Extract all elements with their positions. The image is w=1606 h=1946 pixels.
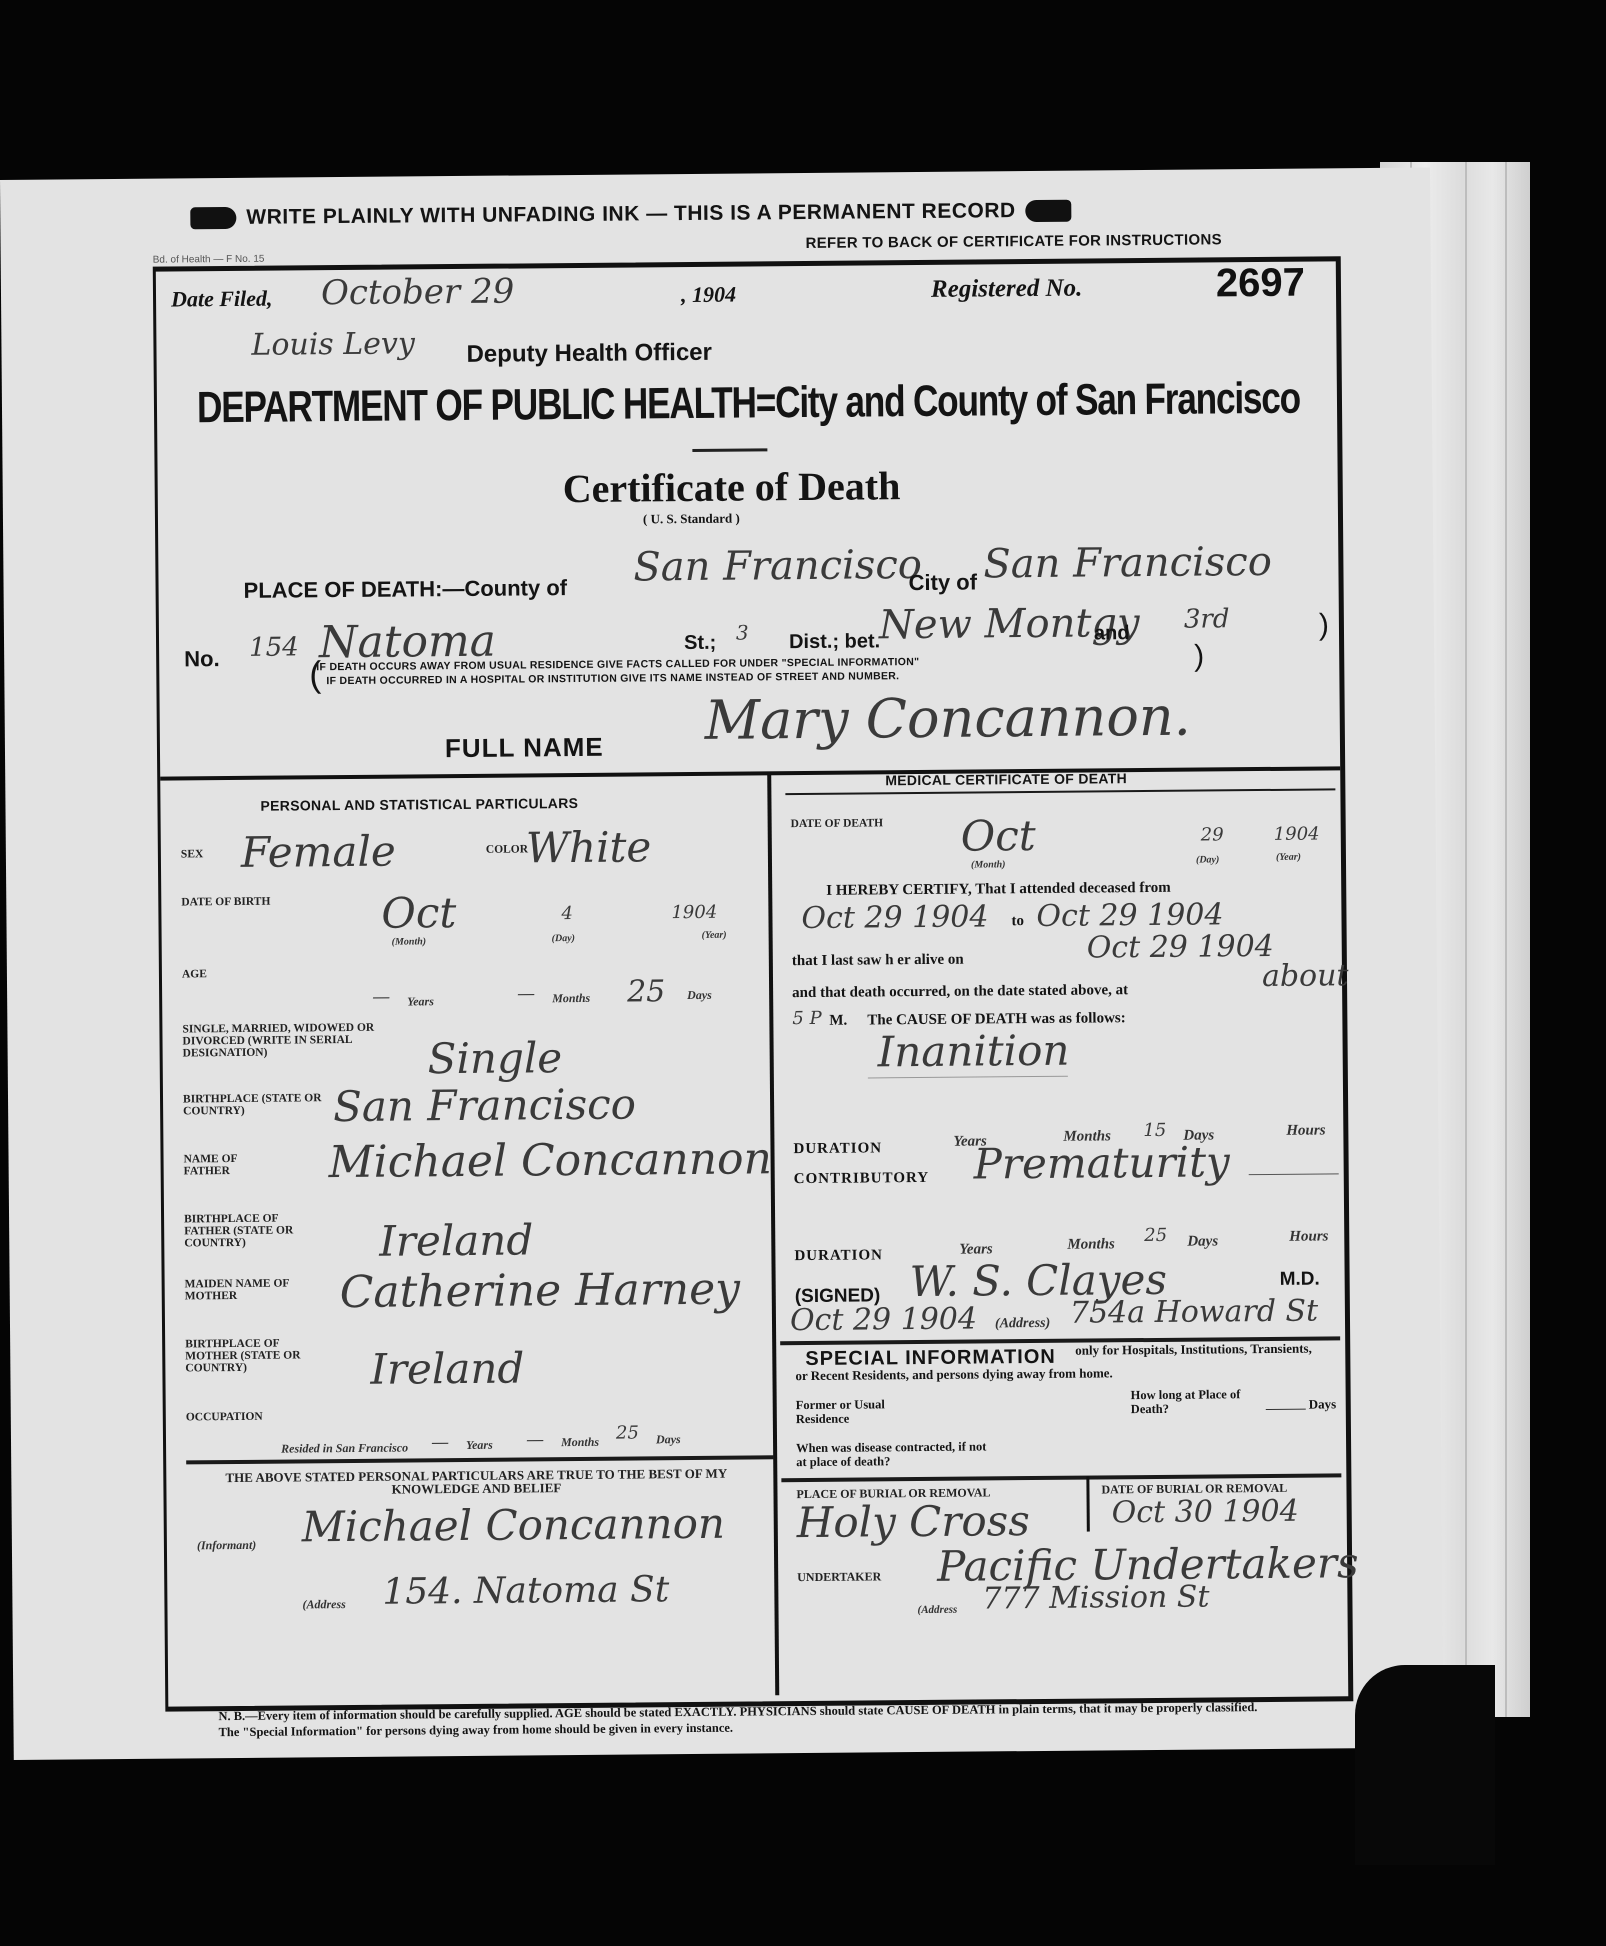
attended-to: Oct 29 1904 xyxy=(1036,897,1223,934)
officer-signature: Louis Levy xyxy=(251,326,415,362)
mother-birthplace-value: Ireland xyxy=(370,1343,524,1393)
full-name-value: Mary Concannon. xyxy=(704,685,1191,752)
last-saw-text: that I last saw h er alive on xyxy=(792,952,964,970)
informant-address: 154. Natoma St xyxy=(382,1569,669,1613)
hours-caption: Hours xyxy=(1289,1228,1328,1245)
full-name-label: FULL NAME xyxy=(445,732,604,764)
special-note-2: or Recent Residents, and persons dying a… xyxy=(795,1365,1112,1384)
dod-year: 1904 xyxy=(1274,824,1320,845)
attestation-text: THE ABOVE STATED PERSONAL PARTICULARS AR… xyxy=(196,1466,756,1497)
street-label: St.; xyxy=(684,632,716,655)
mother-value: Catherine Harney xyxy=(339,1264,740,1318)
year-caption: (Year) xyxy=(702,930,727,941)
registered-number: 2697 xyxy=(1216,261,1305,307)
officer-title: Deputy Health Officer xyxy=(466,339,712,369)
medical-heading: MEDICAL CERTIFICATE OF DEATH xyxy=(885,770,1127,788)
age-months: — xyxy=(517,983,535,1004)
divider xyxy=(1086,1477,1089,1532)
age-years-caption: Years xyxy=(407,994,434,1009)
color-label: COLOR xyxy=(486,843,528,855)
to-label: to xyxy=(1011,913,1024,930)
how-long-days-caption: Days xyxy=(1309,1396,1337,1412)
number-label: No. xyxy=(184,646,220,672)
birthplace-label: BIRTHPLACE (State or Country) xyxy=(183,1092,323,1117)
duration-2-days: 25 xyxy=(1144,1225,1167,1246)
special-note: only for Hospitals, Institutions, Transi… xyxy=(1075,1341,1312,1359)
resided-days: 25 xyxy=(616,1422,639,1443)
cause-of-death: Inanition xyxy=(877,1026,1069,1077)
year-caption: (Year) xyxy=(1276,852,1301,863)
contributory-label: CONTRIBUTORY xyxy=(794,1170,930,1188)
between-street-2: 3rd xyxy=(1184,604,1230,634)
resided-years: — xyxy=(431,1432,449,1453)
age-days: 25 xyxy=(627,974,665,1009)
banner-text: WRITE PLAINLY WITH UNFADING INK — THIS I… xyxy=(246,199,1015,229)
day-caption: (Day) xyxy=(1196,854,1219,865)
marital-value: Single xyxy=(427,1033,562,1083)
months-caption: Months xyxy=(1067,1236,1115,1253)
day-caption: (Day) xyxy=(552,933,575,944)
days-caption: Days xyxy=(1187,1233,1218,1250)
father-birthplace-label: BIRTHPLACE OF FATHER (State or Country) xyxy=(184,1212,314,1249)
dod-label: DATE OF DEATH xyxy=(791,817,884,830)
certify-text: I HEREBY CERTIFY, That I attended deceas… xyxy=(826,880,1171,900)
mother-label: MAIDEN NAME OF MOTHER xyxy=(185,1277,315,1302)
thumb-shadow xyxy=(1355,1665,1495,1865)
and-label: and xyxy=(1094,622,1130,645)
hours-caption: Hours xyxy=(1286,1122,1325,1139)
duration-label: DURATION xyxy=(794,1247,883,1265)
resided-months-caption: Months xyxy=(561,1435,599,1450)
father-birthplace-value: Ireland xyxy=(379,1215,533,1265)
page-edge-line xyxy=(1505,162,1507,1717)
sex-value: Female xyxy=(241,827,396,877)
year-filed: , 1904 xyxy=(681,282,736,308)
page-edge-line xyxy=(1465,162,1467,1717)
city-value: San Francisco xyxy=(983,539,1272,588)
county-value: San Francisco xyxy=(633,542,922,591)
mother-birthplace-label: BIRTHPLACE OF MOTHER (State or Country) xyxy=(185,1337,315,1374)
burial-place: Holy Cross xyxy=(797,1496,1030,1547)
month-caption: (Month) xyxy=(971,859,1006,870)
month-caption: (Month) xyxy=(392,936,427,947)
pointing-hand-icon xyxy=(1026,200,1072,222)
dob-year: 1904 xyxy=(671,902,717,923)
undertaker-address: 777 Mission St xyxy=(982,1580,1209,1617)
street-number: 154 xyxy=(249,632,299,662)
md-label: M.D. xyxy=(1280,1269,1320,1291)
dob-month: Oct xyxy=(381,888,456,938)
dod-month: Oct xyxy=(961,811,1036,861)
informant-label: (Informant) xyxy=(197,1538,256,1554)
death-certificate: WRITE PLAINLY WITH UNFADING INK — THIS I… xyxy=(0,168,1444,1760)
pointing-hand-icon xyxy=(190,207,236,229)
duration-label: DURATION xyxy=(793,1140,882,1158)
city-label: City of xyxy=(908,569,977,596)
district-label: Dist.; bet. xyxy=(789,630,880,654)
age-label: AGE xyxy=(182,968,207,980)
form-number: Bd. of Health — F No. 15 xyxy=(153,254,265,266)
resided-months: — xyxy=(526,1429,544,1450)
resided-years-caption: Years xyxy=(466,1438,493,1453)
personal-heading: PERSONAL AND STATISTICAL PARTICULARS xyxy=(260,795,578,814)
time-of-death: 5 P xyxy=(792,1008,821,1029)
contributory-value: Prematurity xyxy=(973,1137,1230,1188)
signed-date: Oct 29 1904 xyxy=(790,1302,977,1339)
age-days-caption: Days xyxy=(687,988,712,1003)
certificate-title: Certificate of Death xyxy=(563,462,901,512)
burial-date: Oct 30 1904 xyxy=(1112,1494,1299,1531)
attended-from: Oct 29 1904 xyxy=(801,899,988,936)
age-months-caption: Months xyxy=(552,991,590,1006)
contracted-label: When was disease contracted, if not at p… xyxy=(796,1439,996,1469)
date-filed-value: October 29 xyxy=(321,272,515,314)
paren: ) xyxy=(1319,608,1329,642)
date-filed-label: Date Filed, xyxy=(171,286,273,313)
father-label: NAME OF FATHER xyxy=(184,1153,284,1178)
certificate-standard: ( U. S. Standard ) xyxy=(643,511,740,528)
paren: ( xyxy=(309,653,321,695)
resided-days-caption: Days xyxy=(656,1432,681,1447)
father-value: Michael Concannon xyxy=(328,1133,772,1188)
resided-label: Resided in San Francisco xyxy=(281,1440,408,1456)
dob-label: DATE OF BIRTH xyxy=(181,896,270,909)
last-saw-date: Oct 29 1904 xyxy=(1087,929,1274,966)
department-title: DEPARTMENT OF PUBLIC HEALTH=City and Cou… xyxy=(197,374,1300,434)
birthplace-value: San Francisco xyxy=(333,1079,636,1131)
m-label: M. xyxy=(829,1013,847,1030)
physician-address-label: (Address) xyxy=(995,1316,1050,1332)
how-long-label: How long at Place of Death? xyxy=(1131,1387,1271,1416)
occurred-text: and that death occurred, on the date sta… xyxy=(792,982,1128,1002)
sex-label: SEX xyxy=(181,848,203,860)
residence-label: Former or Usual Residence xyxy=(796,1397,936,1426)
banner: WRITE PLAINLY WITH UNFADING INK — THIS I… xyxy=(180,199,1081,231)
dob-day: 4 xyxy=(561,903,573,924)
ward-value: 3 xyxy=(736,620,749,644)
informant-address-label: (Address xyxy=(302,1597,345,1612)
dod-day: 29 xyxy=(1201,824,1224,845)
informant-value: Michael Concannon xyxy=(302,1499,726,1552)
divider xyxy=(692,448,767,452)
occupation-label: OCCUPATION xyxy=(186,1411,263,1424)
instructions-note: REFER TO BACK OF CERTIFICATE FOR INSTRUC… xyxy=(806,231,1222,252)
marital-label: SINGLE, MARRIED, WIDOWED OR DIVORCED (Wr… xyxy=(182,1022,382,1060)
time-about: about xyxy=(1262,958,1349,994)
age-years: — xyxy=(372,987,390,1008)
color-value: White xyxy=(526,822,652,872)
physician-address: 754a Howard St xyxy=(1070,1294,1318,1331)
undertaker-address-label: (Address xyxy=(917,1604,957,1616)
paren: ) xyxy=(1194,640,1204,674)
registered-label: Registered No. xyxy=(931,275,1083,304)
place-of-death-label: PLACE OF DEATH:—County of xyxy=(243,575,567,604)
undertaker-label: UNDERTAKER xyxy=(797,1570,881,1583)
